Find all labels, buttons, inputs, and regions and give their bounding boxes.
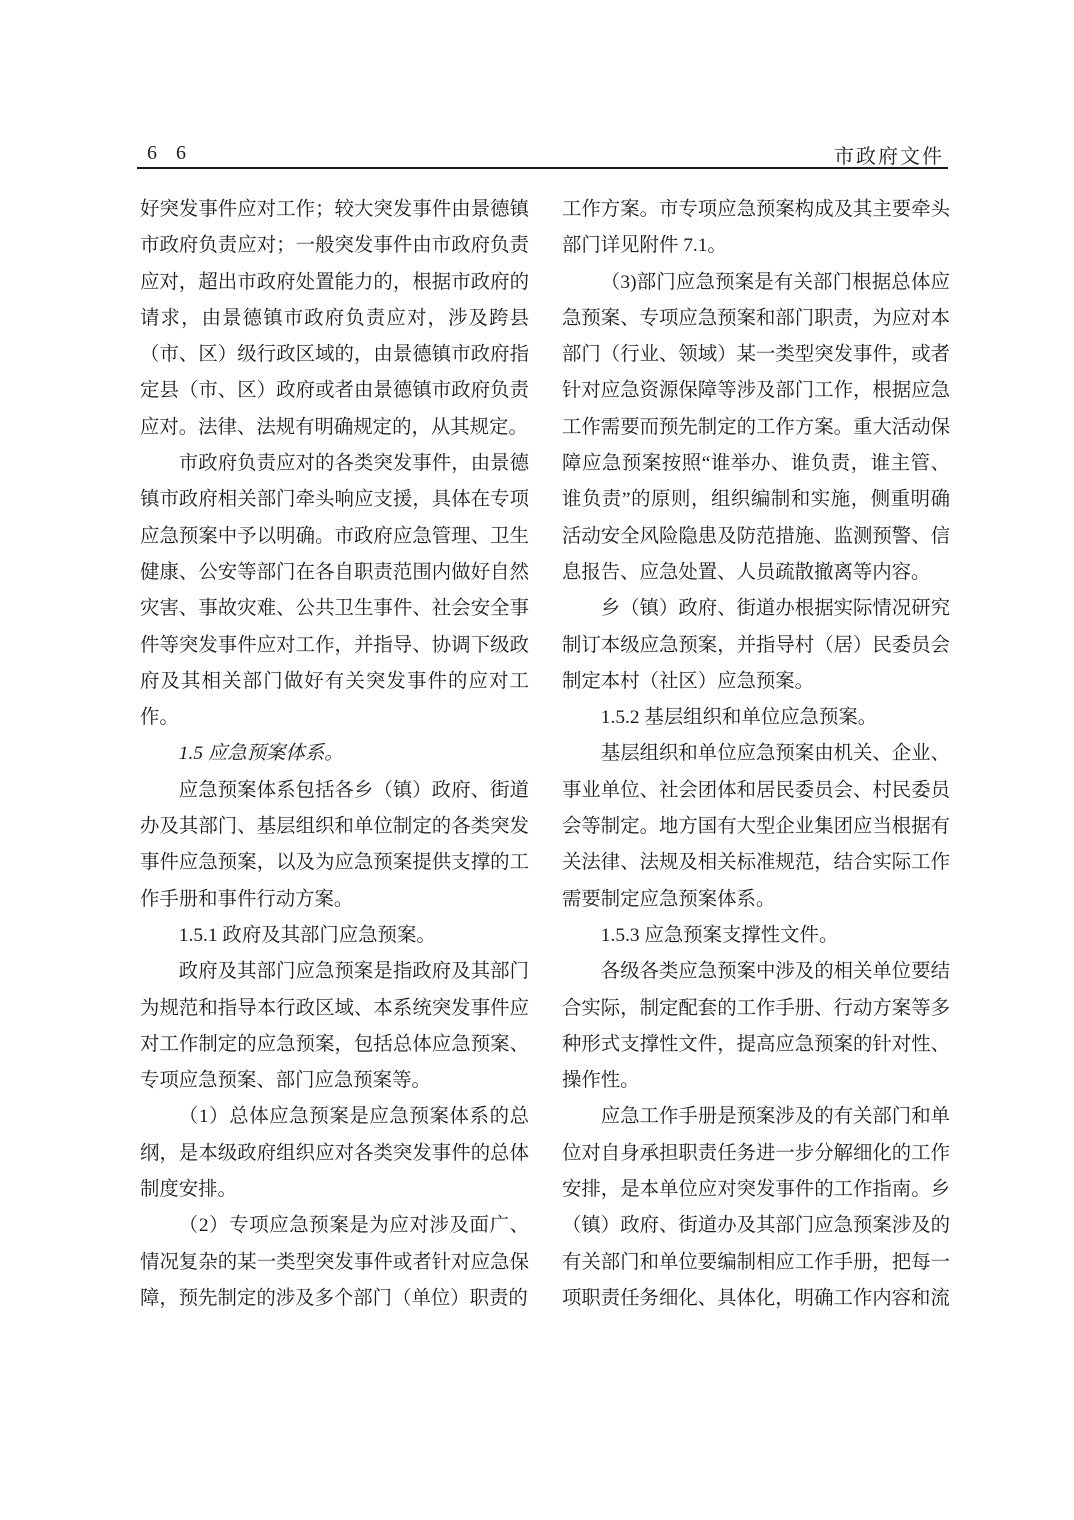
column-left: 好突发事件应对工作；较大突发事件由景德镇市政府负责应对；一般突发事件由市政府负责… bbox=[140, 192, 529, 1317]
page-header: 6 6 市政府文件 bbox=[137, 140, 948, 168]
continuation-paragraph: 好突发事件应对工作；较大突发事件由景德镇市政府负责应对；一般突发事件由市政府负责… bbox=[140, 192, 529, 446]
section-heading-1-5: 1.5 应急预案体系。 bbox=[140, 736, 529, 772]
paragraph: 乡（镇）政府、街道办根据实际情况研究制订本级应急预案，并指导村（居）民委员会制定… bbox=[562, 591, 950, 700]
header-divider bbox=[137, 167, 948, 169]
list-item-2: （2）专项应急预案是为应对涉及面广、情况复杂的某一类型突发事件或者针对应急保障，… bbox=[140, 1208, 529, 1317]
paragraph: 应急预案体系包括各乡（镇）政府、街道办及其部门、基层组织和单位制定的各类突发事件… bbox=[140, 773, 529, 918]
paragraph: 基层组织和单位应急预案由机关、企业、事业单位、社会团体和居民委员会、村民委员会等… bbox=[562, 736, 950, 917]
list-item-3: （3)部门应急预案是有关部门根据总体应急预案、专项应急预案和部门职责，为应对本部… bbox=[562, 265, 950, 592]
column-right: 工作方案。市专项应急预案构成及其主要牵头部门详见附件 7.1。（3)部门应急预案… bbox=[562, 192, 950, 1317]
paragraph: 各级各类应急预案中涉及的相关单位要结合实际，制定配套的工作手册、行动方案等多种形… bbox=[562, 954, 950, 1099]
header-title: 市政府文件 bbox=[834, 140, 944, 169]
paragraph: 政府及其部门应急预案是指政府及其部门为规范和指导本行政区域、本系统突发事件应对工… bbox=[140, 954, 529, 1099]
page-number: 6 6 bbox=[147, 142, 193, 165]
continuation-paragraph: 工作方案。市专项应急预案构成及其主要牵头部门详见附件 7.1。 bbox=[562, 192, 950, 265]
paragraph: 市政府负责应对的各类突发事件，由景德镇市政府相关部门牵头响应支援，具体在专项应急… bbox=[140, 446, 529, 736]
list-item-1: （1）总体应急预案是应急预案体系的总纲，是本级政府组织应对各类突发事件的总体制度… bbox=[140, 1099, 529, 1208]
paragraph: 应急工作手册是预案涉及的有关部门和单位对自身承担职责任务进一步分解细化的工作安排… bbox=[562, 1099, 950, 1317]
section-heading-1-5-1: 1.5.1 政府及其部门应急预案。 bbox=[140, 918, 529, 954]
section-heading-1-5-3: 1.5.3 应急预案支撑性文件。 bbox=[562, 918, 950, 954]
section-heading-1-5-2: 1.5.2 基层组织和单位应急预案。 bbox=[562, 700, 950, 736]
document-page: 6 6 市政府文件 好突发事件应对工作；较大突发事件由景德镇市政府负责应对；一般… bbox=[0, 0, 1074, 1520]
document-body: 好突发事件应对工作；较大突发事件由景德镇市政府负责应对；一般突发事件由市政府负责… bbox=[140, 192, 950, 1317]
